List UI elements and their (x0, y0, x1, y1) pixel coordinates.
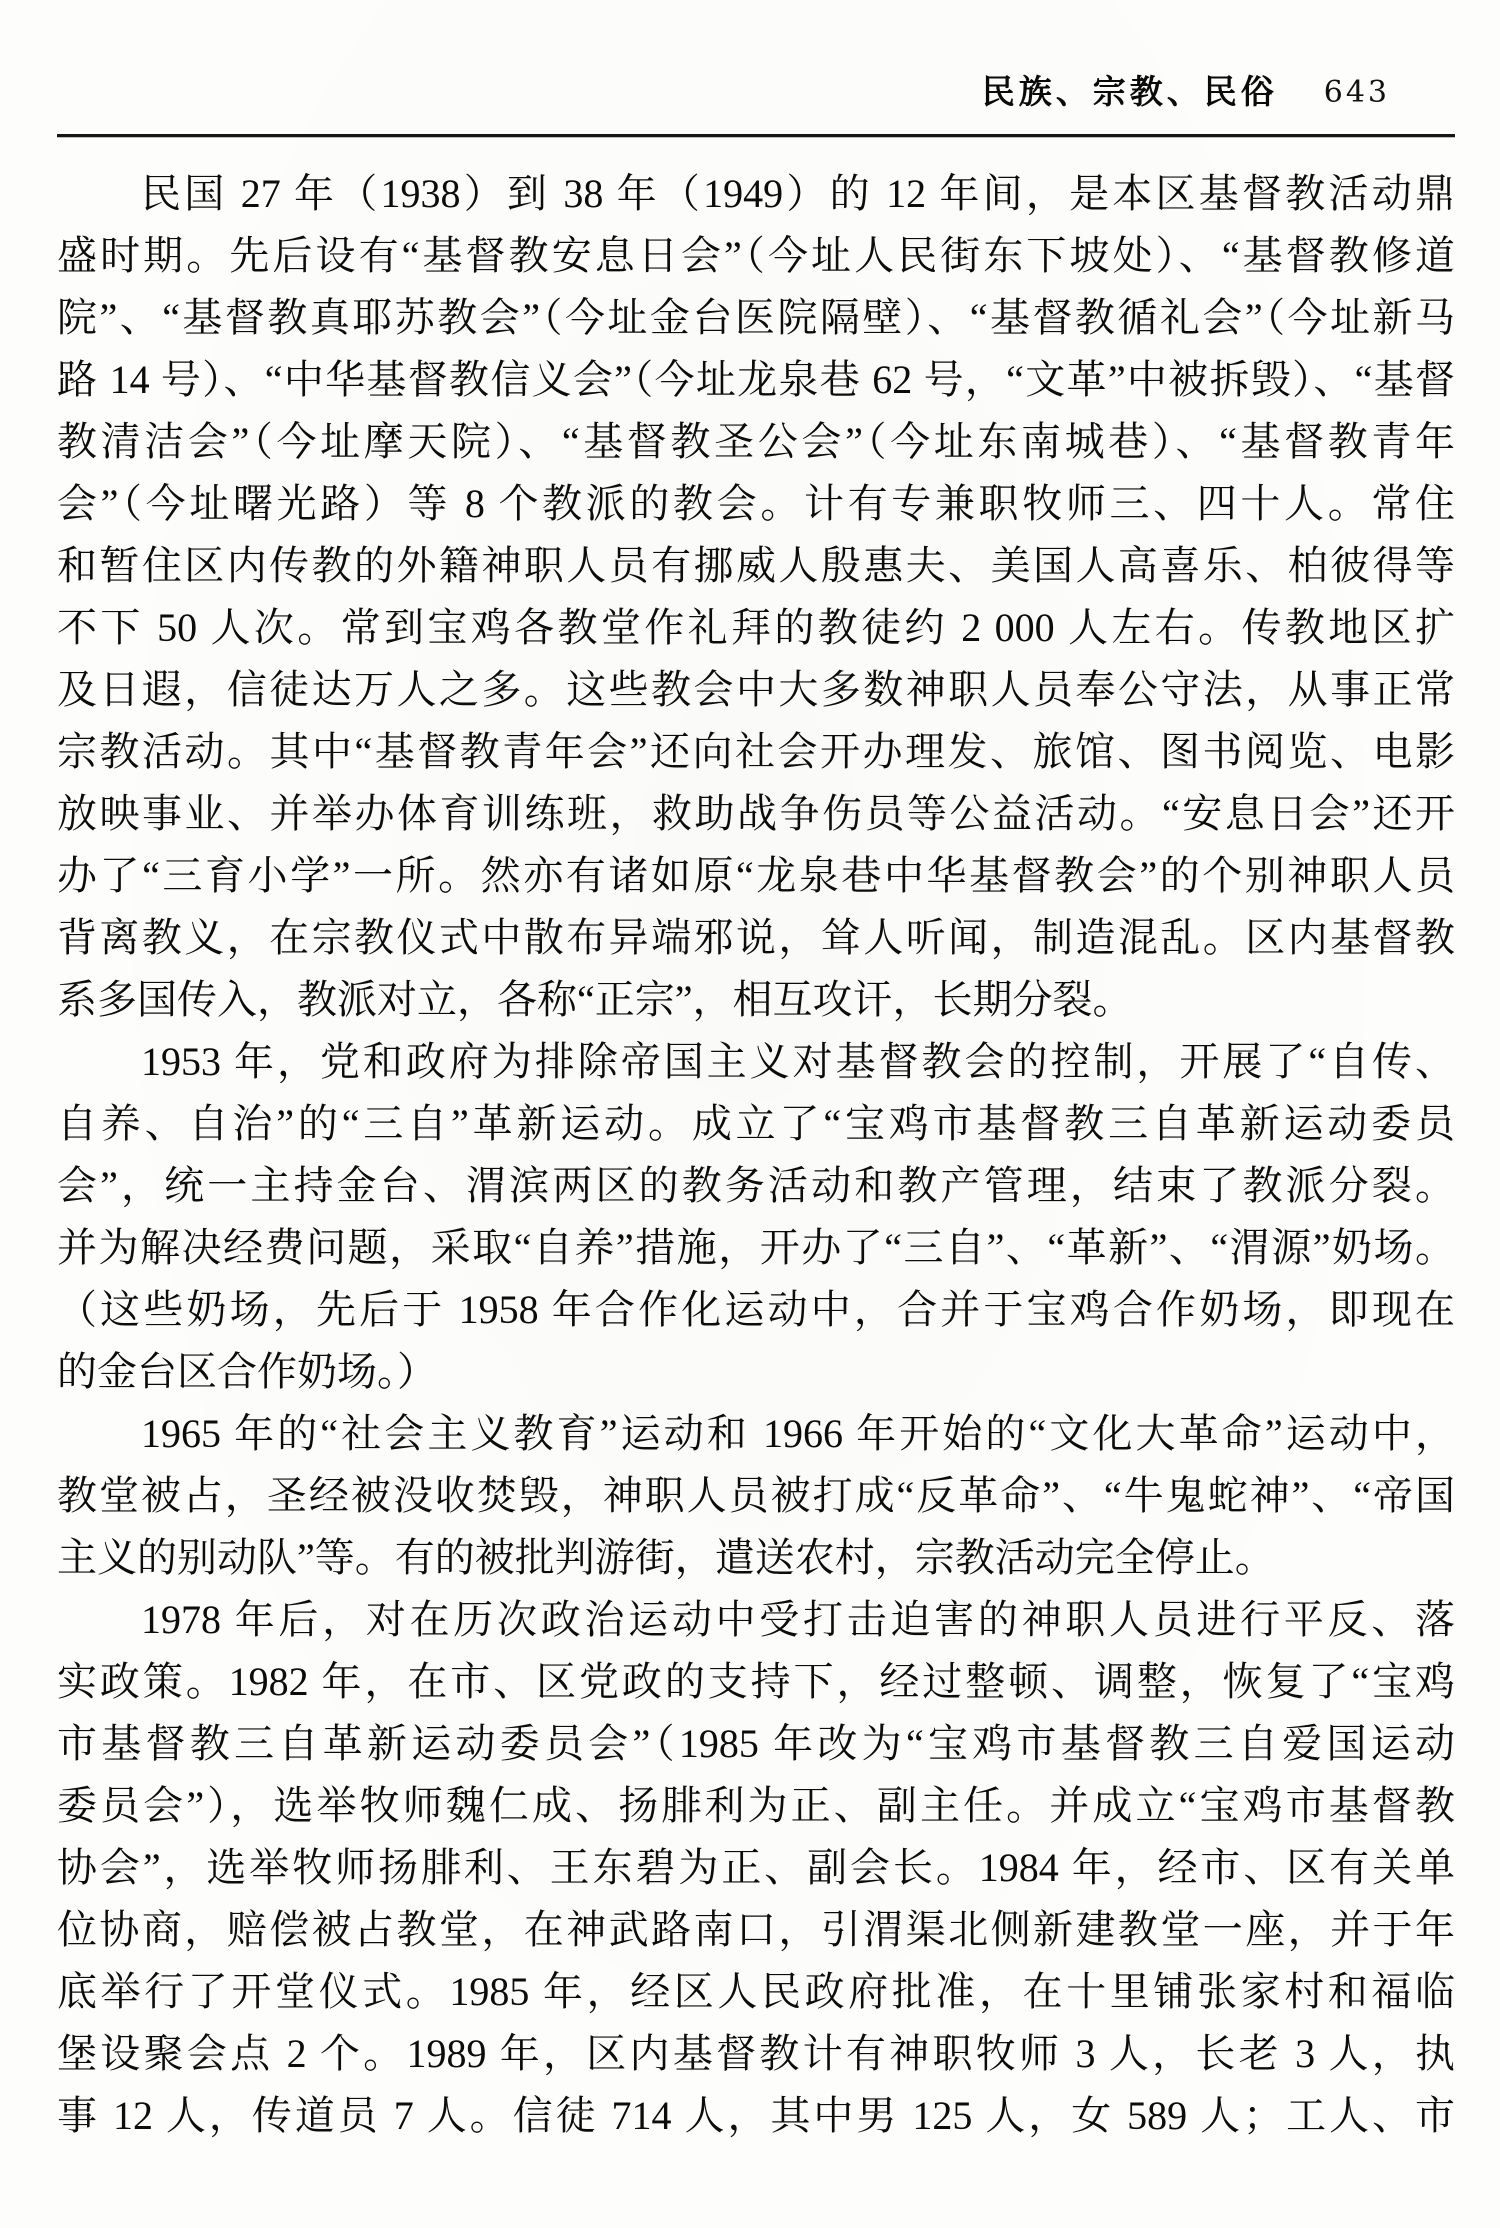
text-line: 自养、自治”的“三自”革新运动。成立了“宝鸡市基督教三自革新运动委员 (57, 1093, 1455, 1155)
paragraph: 民国 27 年（1938）到 38 年（1949）的 12 年间，是本区基督教活… (57, 163, 1455, 1031)
text-line: 市基督教三自革新运动委员会”（1985 年改为“宝鸡市基督教三自爱国运动 (57, 1713, 1455, 1775)
book-page: 民族、宗教、民俗 643 民国 27 年（1938）到 38 年（1949）的 … (0, 0, 1500, 2228)
text-line: 会”（今址曙光路）等 8 个教派的教会。计有专兼职牧师三、四十人。常住 (57, 473, 1455, 535)
text-line: 1978 年后，对在历次政治运动中受打击迫害的神职人员进行平反、落 (57, 1589, 1455, 1651)
text-line: 协会”，选举牧师扬腓利、王东碧为正、副会长。1984 年，经市、区有关单 (57, 1837, 1455, 1899)
text-line: 主义的别动队”等。有的被批判游街，遣送农村，宗教活动完全停止。 (57, 1527, 1455, 1589)
text-line: 底举行了开堂仪式。1985 年，经区人民政府批准，在十里铺张家村和福临 (57, 1961, 1455, 2023)
running-head-section-title: 民族、宗教、民俗 (982, 75, 1278, 108)
text-line: 盛时期。先后设有“基督教安息日会”（今址人民街东下坡处）、“基督教修道 (57, 225, 1455, 287)
text-line: 民国 27 年（1938）到 38 年（1949）的 12 年间，是本区基督教活… (57, 163, 1455, 225)
text-line: 背离教义，在宗教仪式中散布异端邪说，耸人听闻，制造混乱。区内基督教 (57, 907, 1455, 969)
page-body: 民国 27 年（1938）到 38 年（1949）的 12 年间，是本区基督教活… (57, 163, 1455, 2147)
text-line: 1965 年的“社会主义教育”运动和 1966 年开始的“文化大革命”运动中， (57, 1403, 1455, 1465)
page-number: 643 (1324, 78, 1390, 108)
text-line: 实政策。1982 年，在市、区党政的支持下，经过整顿、调整，恢复了“宝鸡 (57, 1651, 1455, 1713)
text-line: 1953 年，党和政府为排除帝国主义对基督教会的控制，开展了“自传、 (57, 1031, 1455, 1093)
paragraph: 1978 年后，对在历次政治运动中受打击迫害的神职人员进行平反、落实政策。198… (57, 1589, 1455, 2147)
text-line: 教清洁会”（今址摩天院）、“基督教圣公会”（今址东南城巷）、“基督教青年 (57, 411, 1455, 473)
text-line: 会”，统一主持金台、渭滨两区的教务活动和教产管理，结束了教派分裂。 (57, 1155, 1455, 1217)
paragraph: 1953 年，党和政府为排除帝国主义对基督教会的控制，开展了“自传、自养、自治”… (57, 1031, 1455, 1403)
text-line: 委员会”），选举牧师魏仁成、扬腓利为正、副主任。并成立“宝鸡市基督教 (57, 1775, 1455, 1837)
text-line: 的金台区合作奶场。） (57, 1341, 1455, 1403)
text-line: 办了“三育小学”一所。然亦有诸如原“龙泉巷中华基督教会”的个别神职人员 (57, 845, 1455, 907)
text-line: 事 12 人，传道员 7 人。信徒 714 人，其中男 125 人，女 589 … (57, 2085, 1455, 2147)
page-header: 民族、宗教、民俗 643 (57, 62, 1455, 108)
text-line: 堡设聚会点 2 个。1989 年，区内基督教计有神职牧师 3 人，长老 3 人，… (57, 2023, 1455, 2085)
text-line: 及日遐，信徒达万人之多。这些教会中大多数神职人员奉公守法，从事正常 (57, 659, 1455, 721)
header-rule (57, 134, 1455, 137)
text-line: （这些奶场，先后于 1958 年合作化运动中，合并于宝鸡合作奶场，即现在 (57, 1279, 1455, 1341)
paragraph: 1965 年的“社会主义教育”运动和 1966 年开始的“文化大革命”运动中，教… (57, 1403, 1455, 1589)
text-line: 宗教活动。其中“基督教青年会”还向社会开办理发、旅馆、图书阅览、电影 (57, 721, 1455, 783)
text-line: 放映事业、并举办体育训练班，救助战争伤员等公益活动。“安息日会”还开 (57, 783, 1455, 845)
text-line: 和暂住区内传教的外籍神职人员有挪威人殷惠夫、美国人高喜乐、柏彼得等 (57, 535, 1455, 597)
text-line: 并为解决经费问题，采取“自养”措施，开办了“三自”、“革新”、“渭源”奶场。 (57, 1217, 1455, 1279)
text-line: 位协商，赔偿被占教堂，在神武路南口，引渭渠北侧新建教堂一座，并于年 (57, 1899, 1455, 1961)
text-line: 系多国传入，教派对立，各称“正宗”，相互攻讦，长期分裂。 (57, 969, 1455, 1031)
text-line: 院”、“基督教真耶苏教会”（今址金台医院隔壁）、“基督教循礼会”（今址新马 (57, 287, 1455, 349)
text-line: 教堂被占，圣经被没收焚毁，神职人员被打成“反革命”、“牛鬼蛇神”、“帝国 (57, 1465, 1455, 1527)
text-line: 不下 50 人次。常到宝鸡各教堂作礼拜的教徒约 2 000 人左右。传教地区扩 (57, 597, 1455, 659)
text-line: 路 14 号）、“中华基督教信义会”（今址龙泉巷 62 号，“文革”中被拆毁）、… (57, 349, 1455, 411)
